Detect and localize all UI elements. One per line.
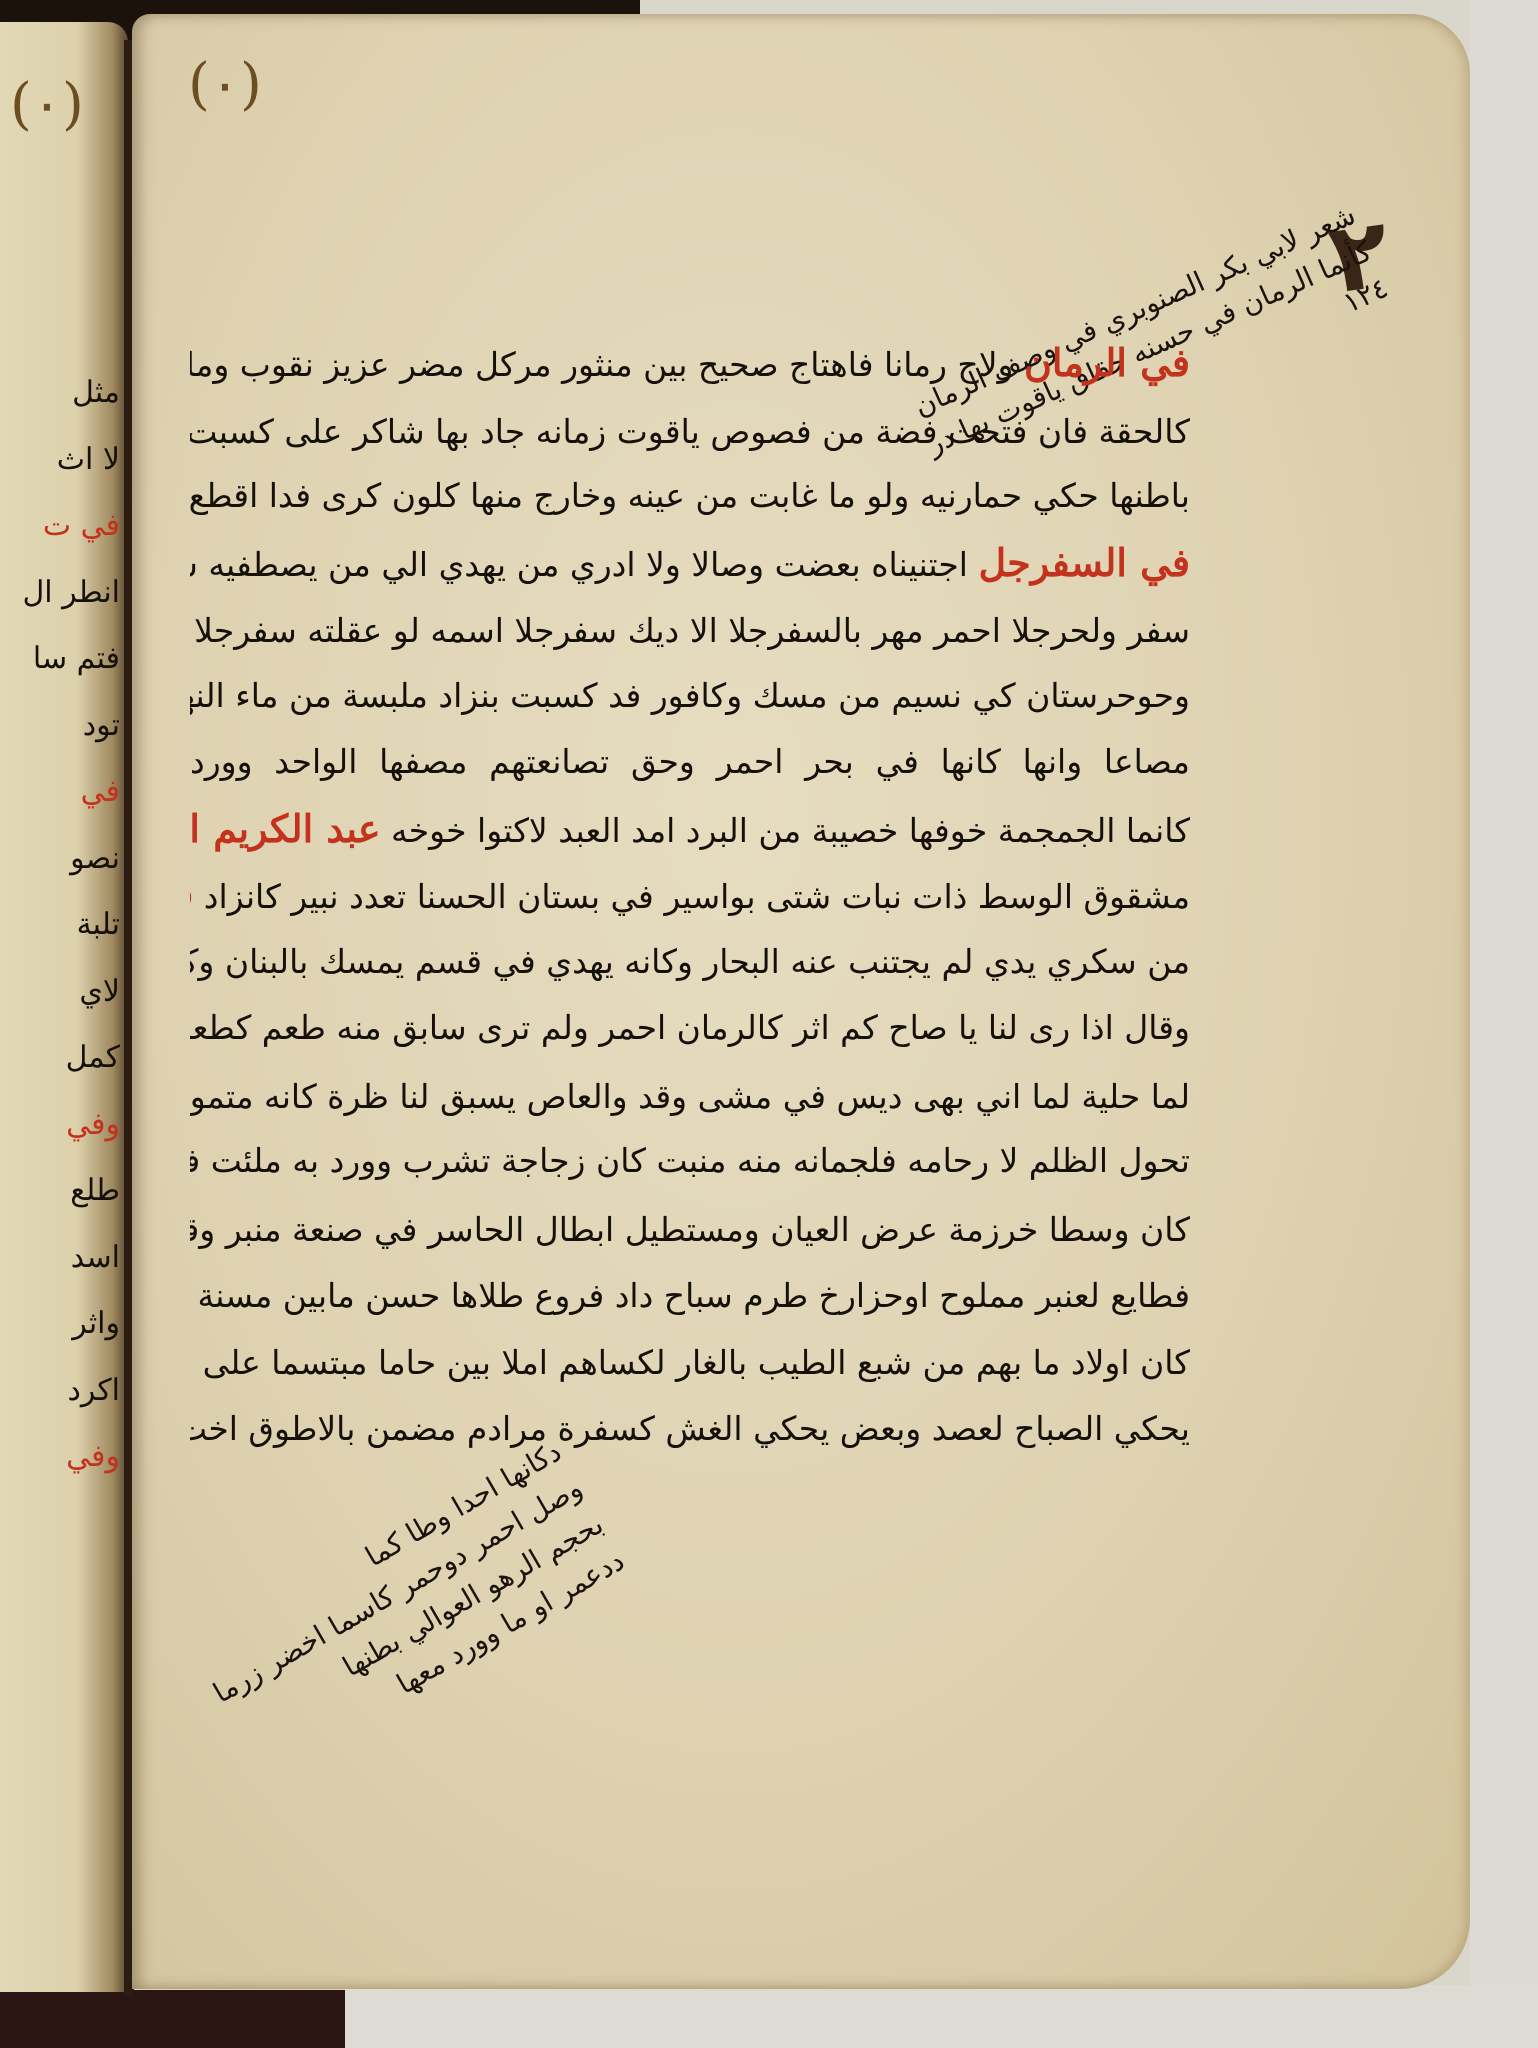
left-page-line: لا اث <box>0 427 120 494</box>
photo-backdrop-bottom <box>345 1985 1538 2048</box>
text-line: باطنها حكي حمارنيه ولو ما غابت من عينه و… <box>190 463 1190 530</box>
left-page-line: مثل <box>0 360 120 427</box>
text-line: يحكي الصباح لعصد وبعض يحكي الغش كسفرة مر… <box>190 1394 1190 1461</box>
line-text: وقال اذا رى لنا يا صاح كم اثر كالرمان اح… <box>190 1008 1190 1047</box>
left-page-line: كمل <box>0 1025 120 1092</box>
text-line: فطايع لعنبر مملوح اوحزارخ طرم سباح داد ف… <box>190 1261 1190 1328</box>
line-text: لما حلية لما اني بهى ديس في مشى وقد والع… <box>190 1077 1190 1116</box>
line-text: اجتنيناه بعضت وصالا ولا ادري من يهدي الي… <box>190 545 968 584</box>
rubric-heading: عبد الكريم النحوي <box>190 806 381 851</box>
text-line: كالحقة فان فتحت فضة من فصوص ياقوت زمانه … <box>190 397 1190 464</box>
text-line: في السفرجل اجتنيناه بعضت وصالا ولا ادري … <box>190 530 1190 597</box>
left-page-line: تود <box>0 693 120 760</box>
text-line: مشقوق الوسط ذات نبات شتى بواسير في بستان… <box>190 862 1190 929</box>
left-page-pencil-mark: (٠) <box>10 72 84 137</box>
left-page-line: اسد <box>0 1225 120 1292</box>
left-page-line: طلع <box>0 1158 120 1225</box>
line-text: باطنها حكي حمارنيه ولو ما غابت من عينه و… <box>190 476 1190 515</box>
line-text: يحكي الصباح لعصد وبعض يحكي الغش كسفرة مر… <box>190 1409 1190 1448</box>
left-page-line: فتم سا <box>0 626 120 693</box>
text-line: من سكري يدي لم يجتنب عنه البحار وكانه يه… <box>190 929 1190 996</box>
line-text: فطايع لعنبر مملوح اوحزارخ طرم سباح داد ف… <box>190 1276 1190 1315</box>
left-page-rubric: وفي <box>0 1424 120 1491</box>
line-text: كالحقة فان فتحت فضة من فصوص ياقوت زمانه … <box>190 412 1190 451</box>
left-page-line: لاي <box>0 959 120 1026</box>
main-text-block: في الرمان ولاح رمانا فاهتاج صحيح بين منث… <box>190 330 1190 1461</box>
left-page-line: واثر <box>0 1291 120 1358</box>
line-text: من سكري يدي لم يجتنب عنه البحار وكانه يه… <box>190 942 1190 981</box>
text-line: كان وسطا خرزمة عرض العيان ومستطيل ابطال … <box>190 1195 1190 1262</box>
text-line: كانما الجمجمة خوفها خصيبة من البرد امد ا… <box>190 796 1190 863</box>
pencil-folio-mark: (٠) <box>188 52 262 117</box>
left-page-rubric: وفي <box>0 1092 120 1159</box>
line-text: مشقوق الوسط ذات نبات شتى بواسير في بستان… <box>204 877 1190 916</box>
line-text: كان وسطا خرزمة عرض العيان ومستطيل ابطال … <box>190 1210 1190 1249</box>
text-line: كان اولاد ما بهم من شبع الطيب بالغار لكس… <box>190 1328 1190 1395</box>
line-text: كان اولاد ما بهم من شبع الطيب بالغار لكس… <box>190 1343 1190 1382</box>
line-text: ولاح رمانا فاهتاج صحيح بين منثور مركل مض… <box>190 345 1013 384</box>
line-text: مصاعا وانها كانها في بحر احمر وحق تصانعت… <box>190 742 1190 781</box>
left-page-line: تلبة <box>0 892 120 959</box>
line-text: كانما الجمجمة خوفها خصيبة من البرد امد ا… <box>391 811 1190 850</box>
text-line: مصاعا وانها كانها في بحر احمر وحق تصانعت… <box>190 729 1190 796</box>
line-text: تحول الظلم لا رحامه فلجمانه منه منبت كان… <box>190 1141 1190 1180</box>
rubric-heading: في السكر <box>190 872 193 917</box>
book-cover-dark <box>0 1990 345 2048</box>
line-text: وحوحرستان كي نسيم من مسك وكافور فد كسبت … <box>190 676 1190 715</box>
line-text: سفر ولحرجلا احمر مهر بالسفرجلا الا ديك س… <box>190 611 1190 650</box>
rubric-heading: في الرمان <box>1024 340 1190 385</box>
text-line: لما حلية لما اني بهى ديس في مشى وقد والع… <box>190 1062 1190 1129</box>
left-page-text-fragment: مثل لا اث في ت انطر ال فتم سا تود في نصو… <box>0 360 120 1491</box>
text-line: تحول الظلم لا رحامه فلجمانه منه منبت كان… <box>190 1128 1190 1195</box>
text-line: في الرمان ولاح رمانا فاهتاج صحيح بين منث… <box>190 330 1190 397</box>
left-page-line: اكرد <box>0 1358 120 1425</box>
rubric-heading: في السفرجل <box>978 540 1190 585</box>
text-line: وقال اذا رى لنا يا صاح كم اثر كالرمان اح… <box>190 995 1190 1062</box>
left-page-line: نصو <box>0 826 120 893</box>
photo-backdrop-right <box>1470 0 1538 2048</box>
text-line: سفر ولحرجلا احمر مهر بالسفرجلا الا ديك س… <box>190 596 1190 663</box>
left-page-line: انطر ال <box>0 560 120 627</box>
text-line: وحوحرستان كي نسيم من مسك وكافور فد كسبت … <box>190 663 1190 730</box>
left-page-rubric: في ت <box>0 493 120 560</box>
left-page-rubric: في <box>0 759 120 826</box>
